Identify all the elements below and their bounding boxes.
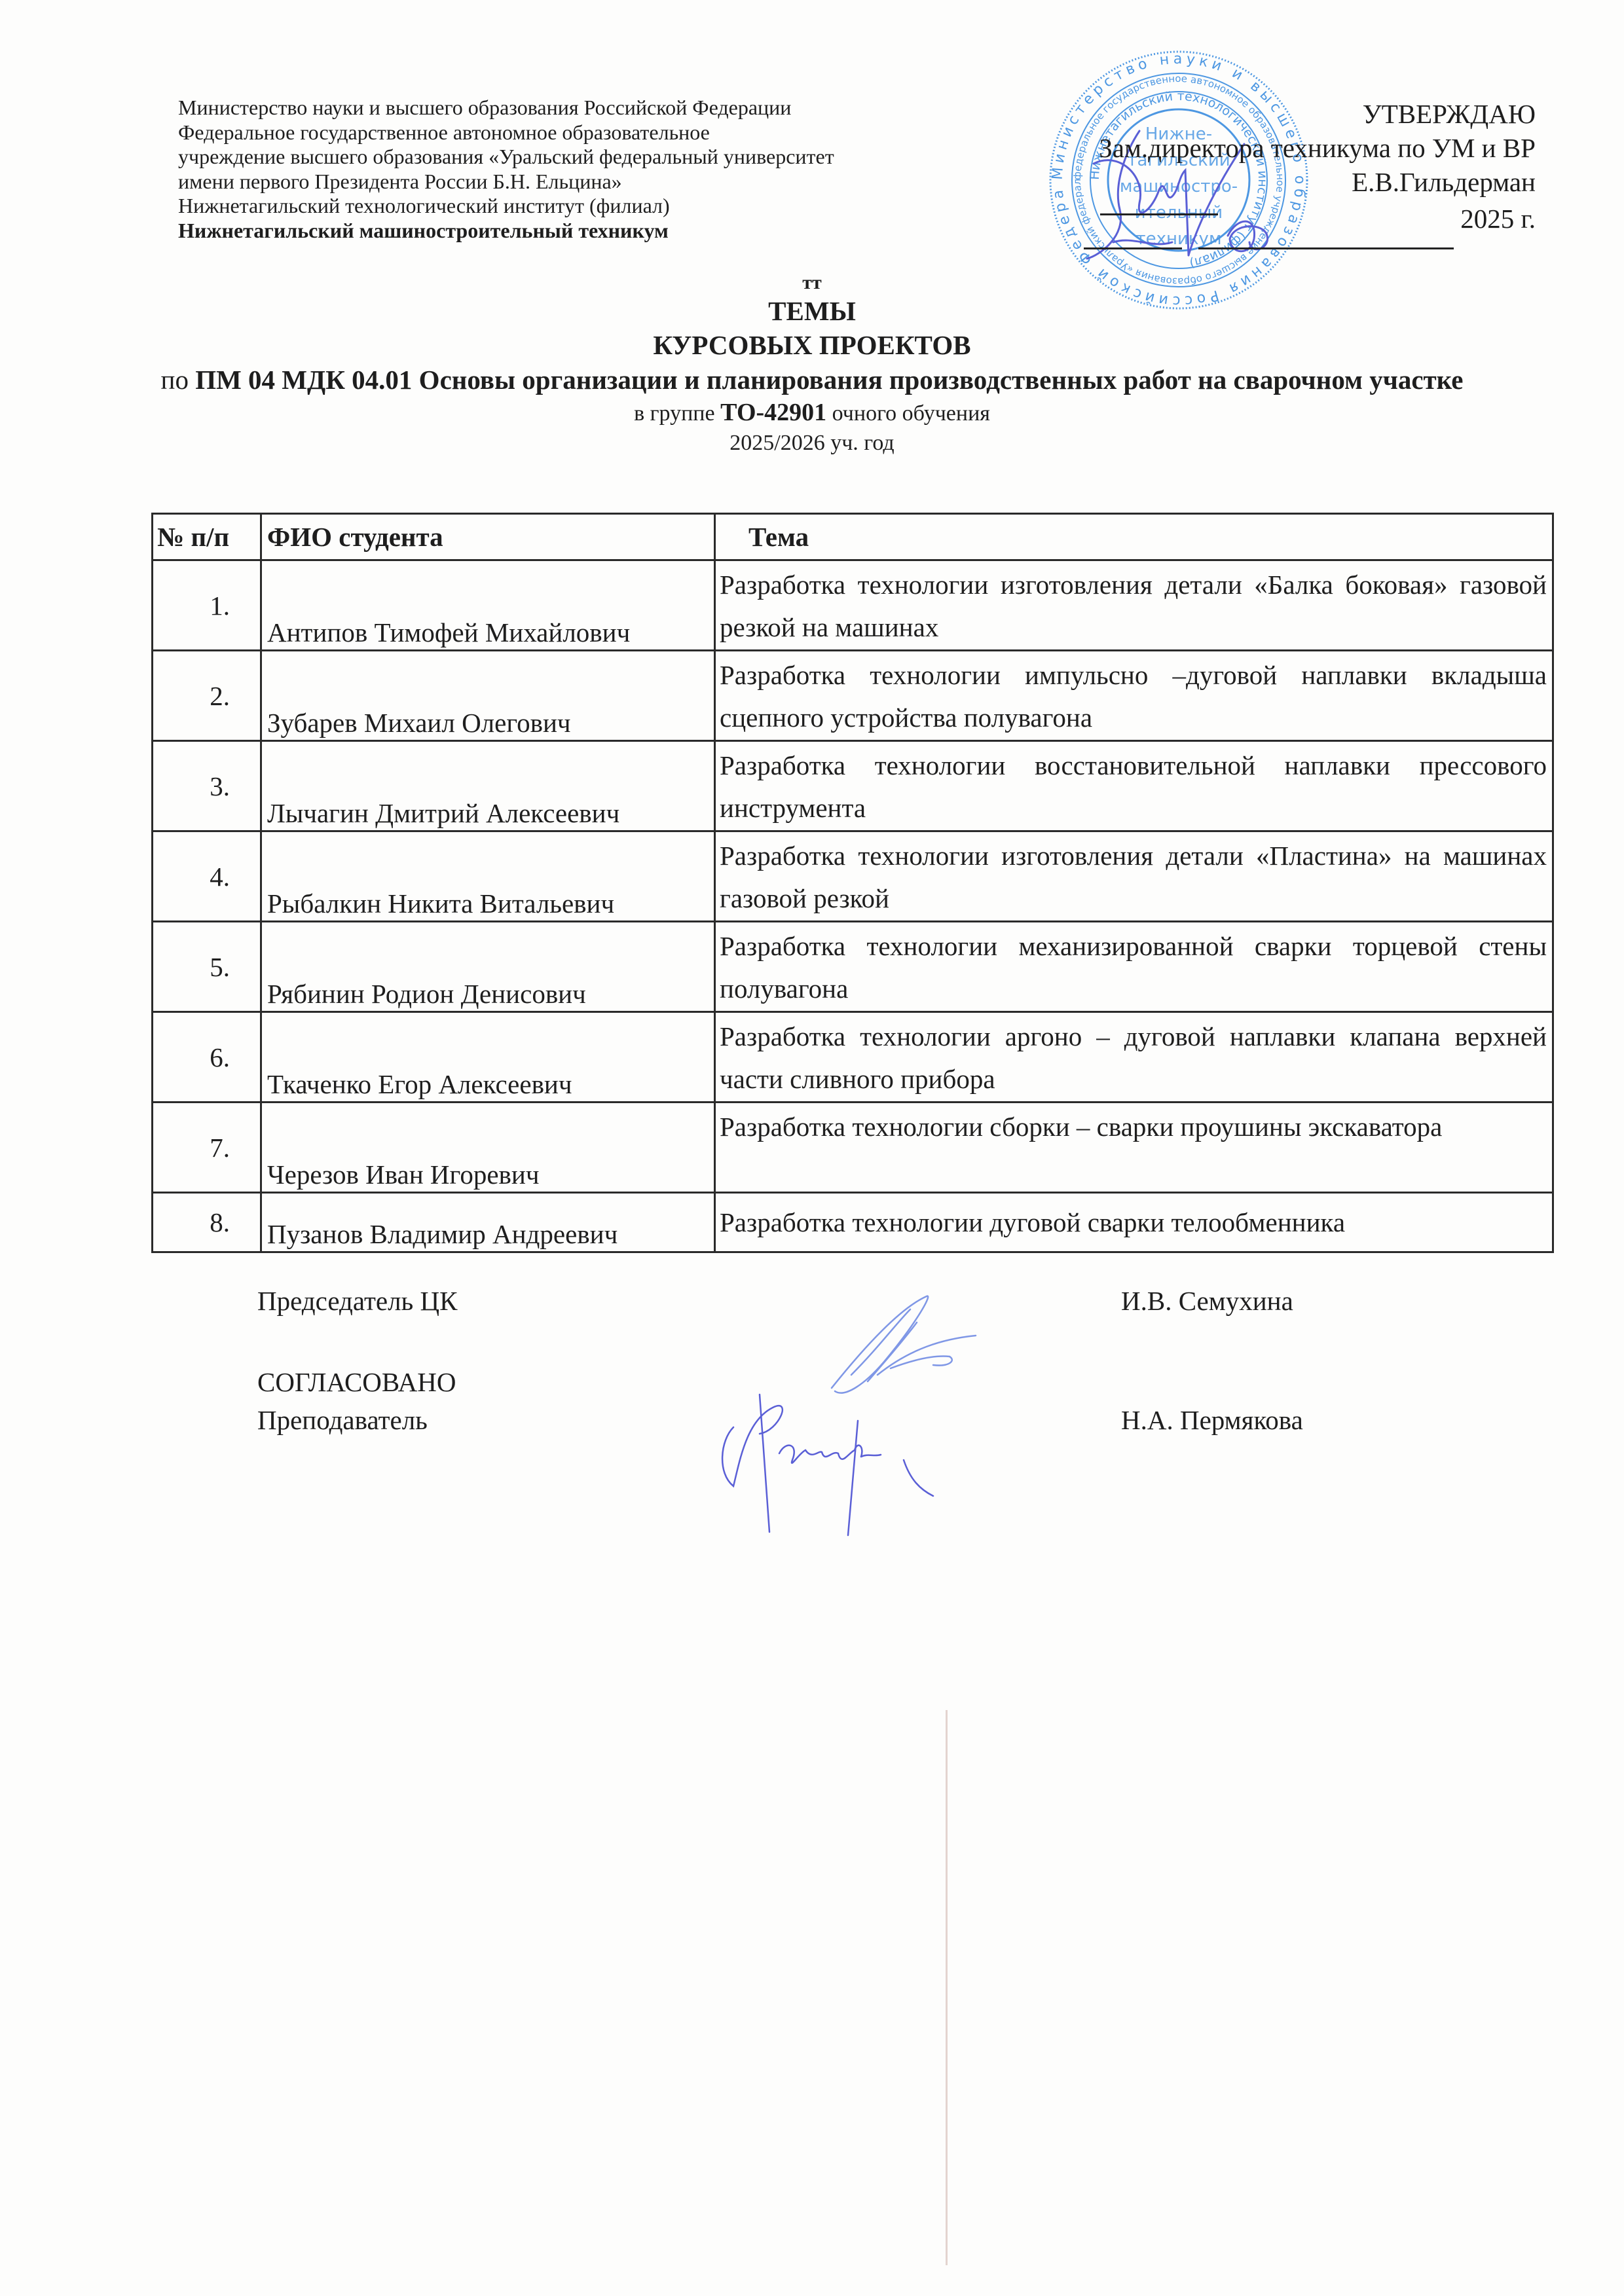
table-row: 7.Черезов Иван ИгоревичРазработка технол… [153,1102,1553,1193]
date-underline-day [1084,247,1182,249]
group-code: ТО-42901 [720,399,826,426]
agreed-label: СОГЛАСОВАНО [257,1366,456,1398]
student-name: Лычагин Дмитрий Алексеевич [261,741,715,831]
project-topic: Разработка технологии аргоно – дуговой н… [715,1012,1553,1102]
organization-header: Министерство науки и высшего образования… [178,96,834,243]
signature-underline [1100,213,1218,215]
student-name: Зубарев Михаил Олегович [261,651,715,741]
row-number: 8. [153,1193,261,1252]
table-row: 2.Зубарев Михаил ОлеговичРазработка техн… [153,651,1553,741]
row-number: 5. [153,922,261,1012]
row-number: 3. [153,741,261,831]
approval-date: 2025 г. [1099,202,1536,236]
row-number: 4. [153,831,261,922]
teacher-name: Н.А. Пермякова [1121,1404,1303,1436]
table-row: 5.Рябинин Родион ДенисовичРазработка тех… [153,922,1553,1012]
title-line-1: ТЕМЫ [0,294,1624,328]
student-name: Пузанов Владимир Андреевич [261,1193,715,1252]
subject-name: ПМ 04 МДК 04.01 Основы организации и пла… [195,365,1463,395]
student-name: Антипов Тимофей Михайлович [261,560,715,651]
header-topic: Тема [715,514,1553,560]
org-line: Нижнетагильский технологический институт… [178,194,834,219]
org-line: учреждение высшего образования «Уральски… [178,145,834,170]
header-student: ФИО студента [261,514,715,560]
row-number: 1. [153,560,261,651]
org-line: Министерство науки и высшего образования… [178,96,834,120]
table-row: 4.Рыбалкин Никита ВитальевичРазработка т… [153,831,1553,922]
project-topic: Разработка технологии восстановительной … [715,741,1553,831]
student-name: Черезов Иван Игоревич [261,1102,715,1193]
project-topic: Разработка технологии механизированной с… [715,922,1553,1012]
group-line: в группе ТО-42901 очного обучения [0,398,1624,428]
row-number: 6. [153,1012,261,1102]
project-topic: Разработка технологии изготовления детал… [715,560,1553,651]
student-name: Рыбалкин Никита Витальевич [261,831,715,922]
student-name: Рябинин Родион Денисович [261,922,715,1012]
org-name-bold: Нижнетагильский машиностроительный техни… [178,219,834,244]
table-row: 1.Антипов Тимофей МихайловичРазработка т… [153,560,1553,651]
subject-line: по ПМ 04 МДК 04.01 Основы организации и … [124,362,1500,398]
chair-name: И.В. Семухина [1121,1285,1293,1317]
table-row: 8.Пузанов Владимир АндреевичРазработка т… [153,1193,1553,1252]
chair-label: Председатель ЦК [257,1285,457,1317]
table-row: 3.Лычагин Дмитрий АлексеевичРазработка т… [153,741,1553,831]
teacher-label: Преподаватель [257,1404,428,1436]
title-line-2: КУРСОВЫХ ПРОЕКТОВ [0,328,1624,362]
org-line: имени первого Президента России Б.Н. Ель… [178,170,834,194]
scan-artifact-line [946,1710,948,2265]
header-number: № п/п [153,514,261,560]
title-mark: тт [0,272,1624,294]
document-title: тт ТЕМЫ КУРСОВЫХ ПРОЕКТОВ по ПМ 04 МДК 0… [0,272,1624,458]
approver-position: Зам.директора техникума по УМ и ВР [1099,131,1536,165]
org-line: Федеральное государственное автономное о… [178,120,834,145]
date-underline-month [1198,247,1454,249]
teacher-signature-icon [707,1381,943,1539]
table-header-row: № п/п ФИО студента Тема [153,514,1553,560]
row-number: 7. [153,1102,261,1193]
academic-year: 2025/2026 уч. год [0,428,1624,458]
topics-table: № п/п ФИО студента Тема 1.Антипов Тимофе… [151,513,1554,1253]
project-topic: Разработка технологии дуговой сварки тел… [715,1193,1553,1252]
approval-label: УТВЕРЖДАЮ [1099,97,1536,131]
row-number: 2. [153,651,261,741]
table-row: 6.Ткаченко Егор АлексеевичРазработка тех… [153,1012,1553,1102]
approver-name: Е.В.Гильдерман [1099,165,1536,199]
project-topic: Разработка технологии изготовления детал… [715,831,1553,922]
group-prefix: в группе [634,401,720,426]
student-name: Ткаченко Егор Алексеевич [261,1012,715,1102]
project-topic: Разработка технологии сборки – сварки пр… [715,1102,1553,1193]
group-suffix: очного обучения [826,401,990,426]
project-topic: Разработка технологии импульсно –дуговой… [715,651,1553,741]
subject-prefix: по [161,365,196,395]
